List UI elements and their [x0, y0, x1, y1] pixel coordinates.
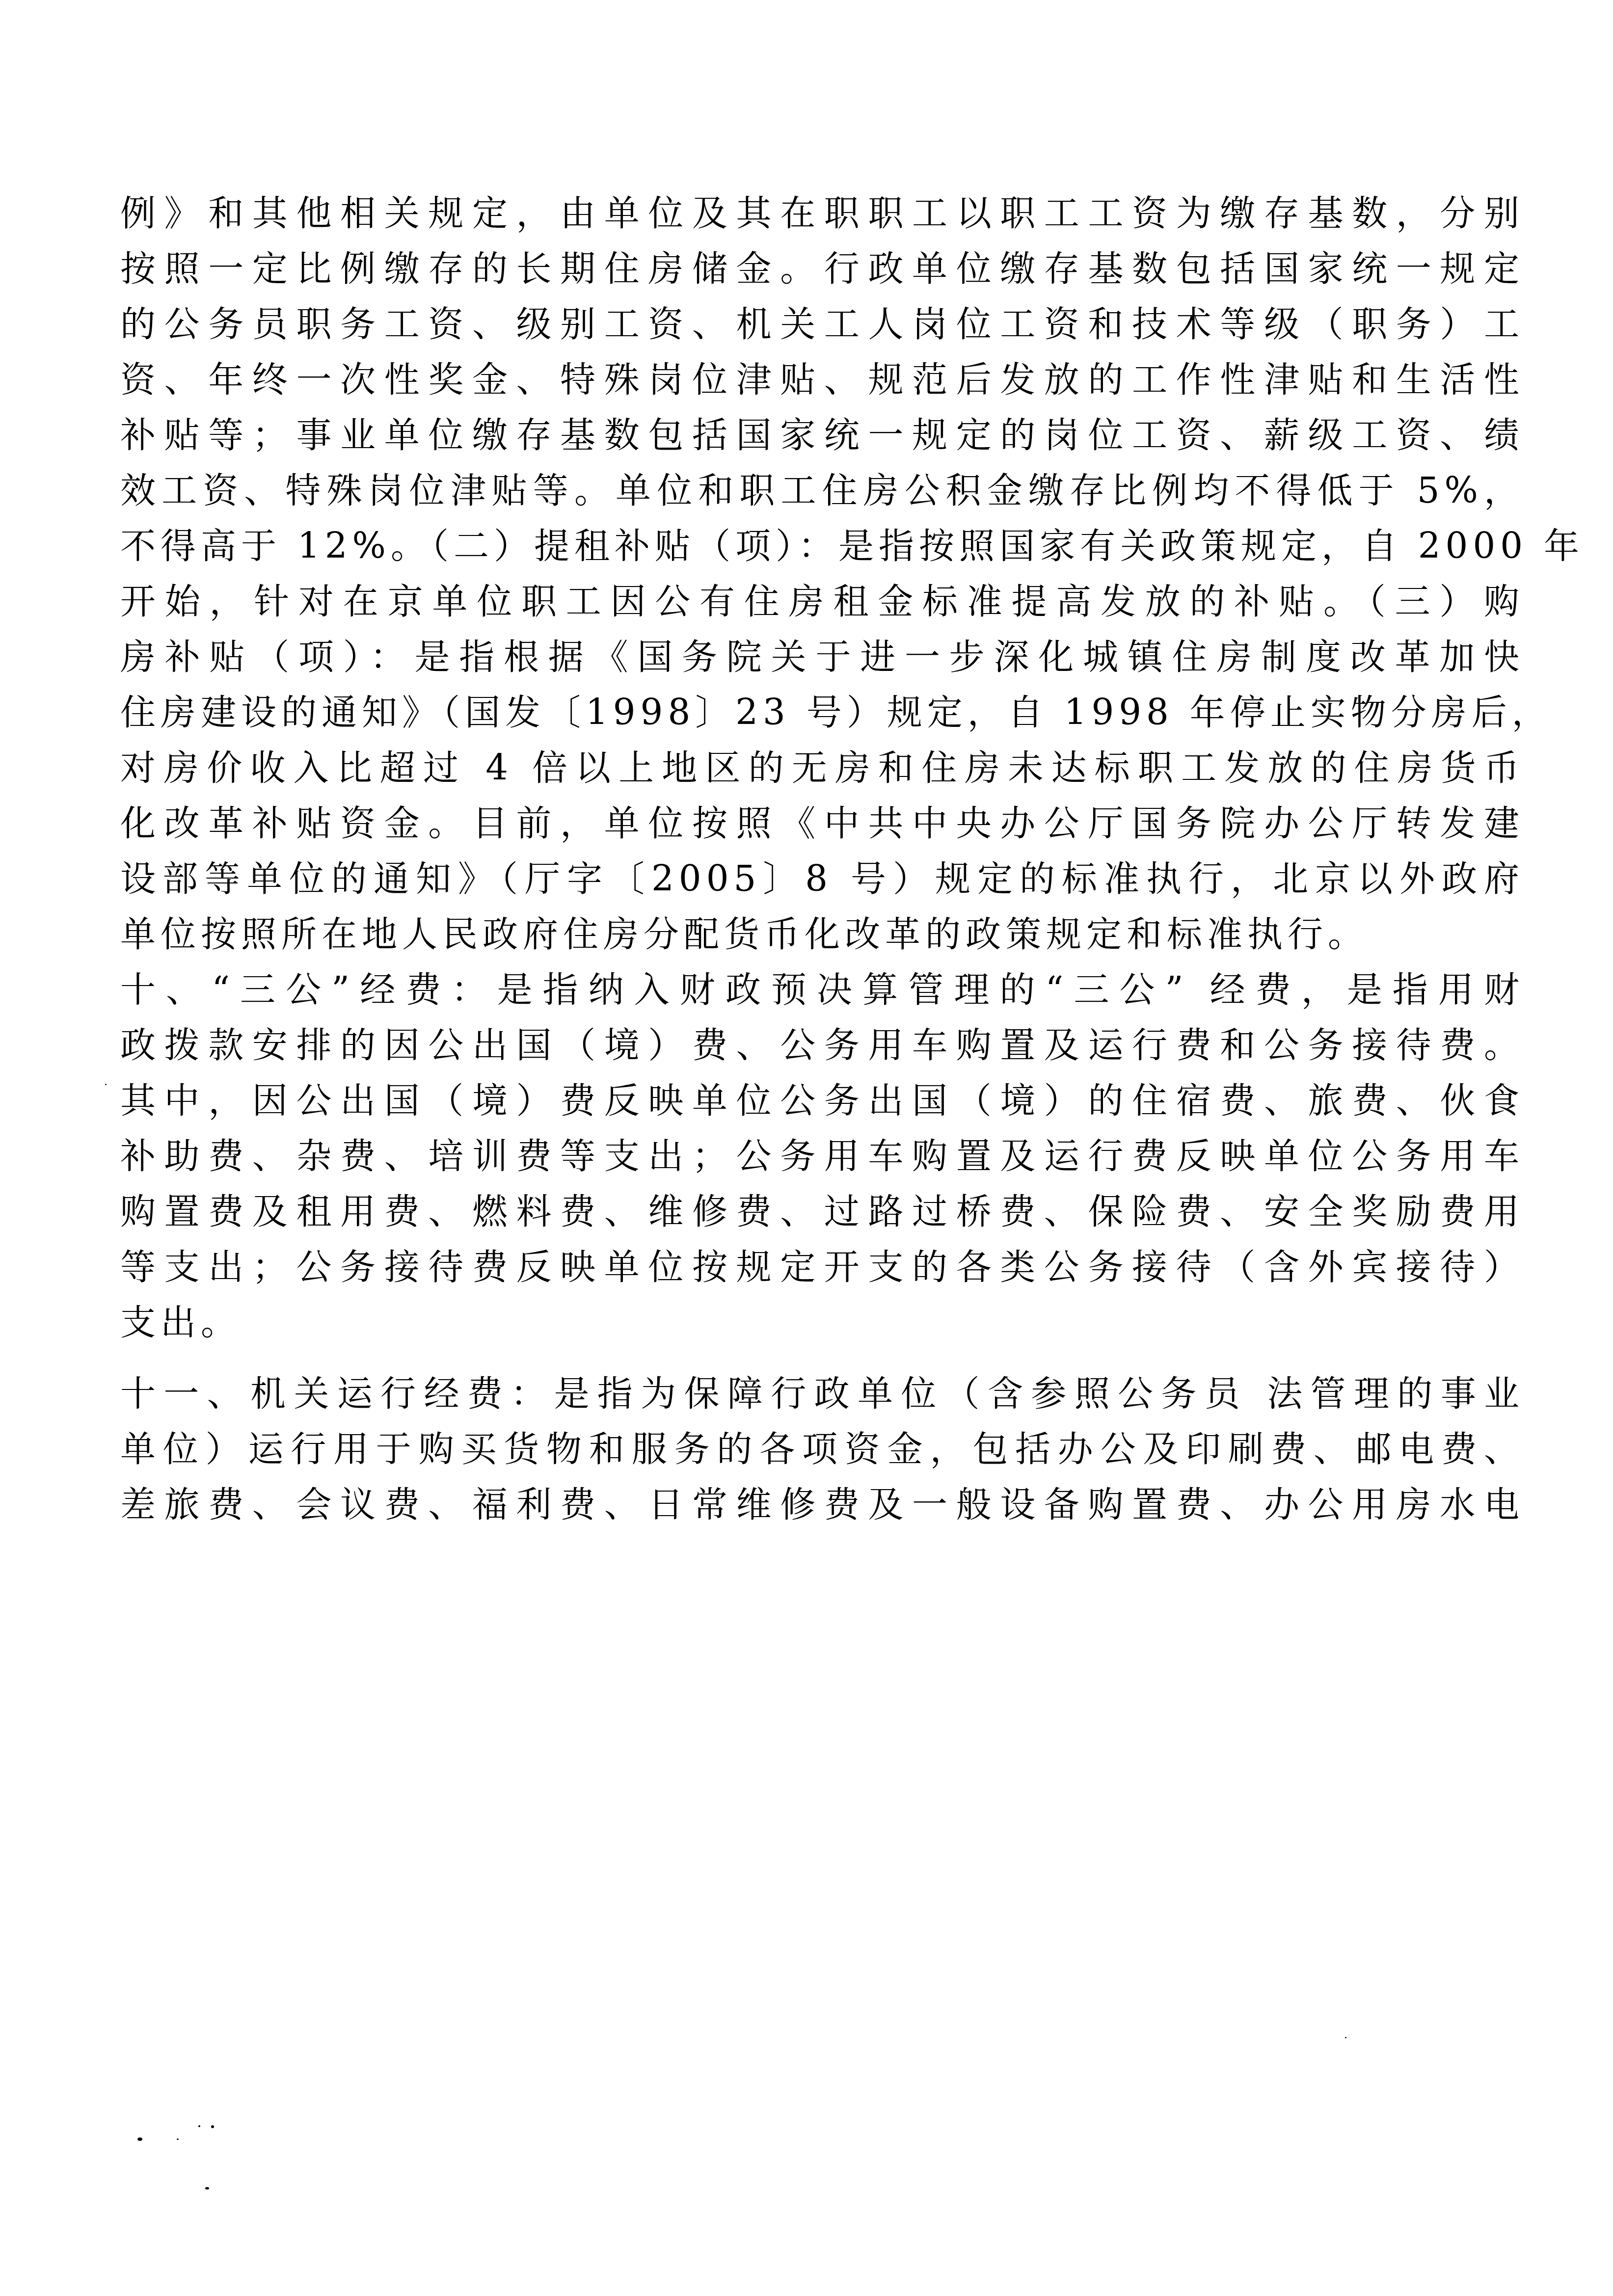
text-line: 单位）运行用于购买货物和服务的各项资金，包括办公及印刷费、邮电费、	[120, 1421, 1524, 1477]
scan-speck	[177, 2138, 179, 2140]
section-heading-line: 十、“三公”经费：是指纳入财政预决算管理的“三公” 经费，是指用财	[120, 962, 1524, 1017]
scan-speck	[205, 2187, 209, 2189]
scan-speck	[105, 1084, 107, 1085]
paragraph-housing-fund: 例》和其他相关规定，由单位及其在职职工以职工工资为缴存基数，分别 按照一定比例缴…	[120, 186, 1524, 962]
paragraph-gap	[120, 1350, 1524, 1366]
text-line: 例》和其他相关规定，由单位及其在职职工以职工工资为缴存基数，分别	[120, 186, 1524, 241]
scan-speck	[1345, 2037, 1346, 2038]
text-line: 对房价收入比超过 4 倍以上地区的无房和住房未达标职工发放的住房货币	[120, 740, 1524, 796]
document-body: 例》和其他相关规定，由单位及其在职职工以职工工资为缴存基数，分别 按照一定比例缴…	[120, 186, 1524, 1532]
text-line: 设部等单位的通知》（厅字〔2005〕8 号）规定的标准执行，北京以外政府	[120, 851, 1524, 907]
scan-speck	[137, 2137, 142, 2141]
text-line: 单位按照所在地人民政府住房分配货币化改革的政策规定和标准执行。	[120, 907, 1524, 962]
text-line: 住房建设的通知》（国发〔1998〕23 号）规定，自 1998 年停止实物分房后…	[120, 685, 1524, 740]
text-line: 差旅费、会议费、福利费、日常维修费及一般设备购置费、办公用房水电	[120, 1477, 1524, 1532]
text-line: 政拨款安排的因公出国（境）费、公务用车购置及运行费和公务接待费。	[120, 1017, 1524, 1073]
paragraph-agency-operating-expenses: 十一、机关运行经费：是指为保障行政单位（含参照公务员 法管理的事业 单位）运行用…	[120, 1366, 1524, 1532]
text-line: 不得高于 12%。（二）提租补贴（项）：是指按照国家有关政策规定，自 2000 …	[120, 518, 1524, 574]
paragraph-three-public-expenses: 十、“三公”经费：是指纳入财政预决算管理的“三公” 经费，是指用财 政拨款安排的…	[120, 962, 1524, 1350]
text-line: 化改革补贴资金。目前，单位按照《中共中央办公厅国务院办公厅转发建	[120, 796, 1524, 851]
scanned-document-page: 例》和其他相关规定，由单位及其在职职工以职工工资为缴存基数，分别 按照一定比例缴…	[0, 0, 1613, 2296]
scan-speck	[211, 2125, 214, 2128]
text-line: 的公务员职务工资、级别工资、机关工人岗位工资和技术等级（职务）工	[120, 296, 1524, 352]
text-line: 资、年终一次性奖金、特殊岗位津贴、规范后发放的工作性津贴和生活性	[120, 352, 1524, 407]
section-heading-line: 十一、机关运行经费：是指为保障行政单位（含参照公务员 法管理的事业	[120, 1366, 1524, 1421]
text-line: 补贴等；事业单位缴存基数包括国家统一规定的岗位工资、薪级工资、绩	[120, 407, 1524, 463]
text-line: 开始，针对在京单位职工因公有住房租金标准提高发放的补贴。（三）购	[120, 574, 1524, 629]
text-line: 效工资、特殊岗位津贴等。单位和职工住房公积金缴存比例均不得低于 5%，	[120, 463, 1524, 518]
text-line: 补助费、杂费、培训费等支出；公务用车购置及运行费反映单位公务用车	[120, 1128, 1524, 1184]
text-line: 按照一定比例缴存的长期住房储金。行政单位缴存基数包括国家统一规定	[120, 241, 1524, 296]
text-line: 房补贴（项）：是指根据《国务院关于进一步深化城镇住房制度改革加快	[120, 629, 1524, 685]
text-line: 其中，因公出国（境）费反映单位公务出国（境）的住宿费、旅费、伙食	[120, 1073, 1524, 1128]
text-line: 购置费及租用费、燃料费、维修费、过路过桥费、保险费、安全奖励费用	[120, 1184, 1524, 1239]
text-line: 支出。	[120, 1295, 1524, 1350]
scan-speck	[198, 2125, 200, 2127]
text-line: 等支出；公务接待费反映单位按规定开支的各类公务接待（含外宾接待）	[120, 1239, 1524, 1295]
